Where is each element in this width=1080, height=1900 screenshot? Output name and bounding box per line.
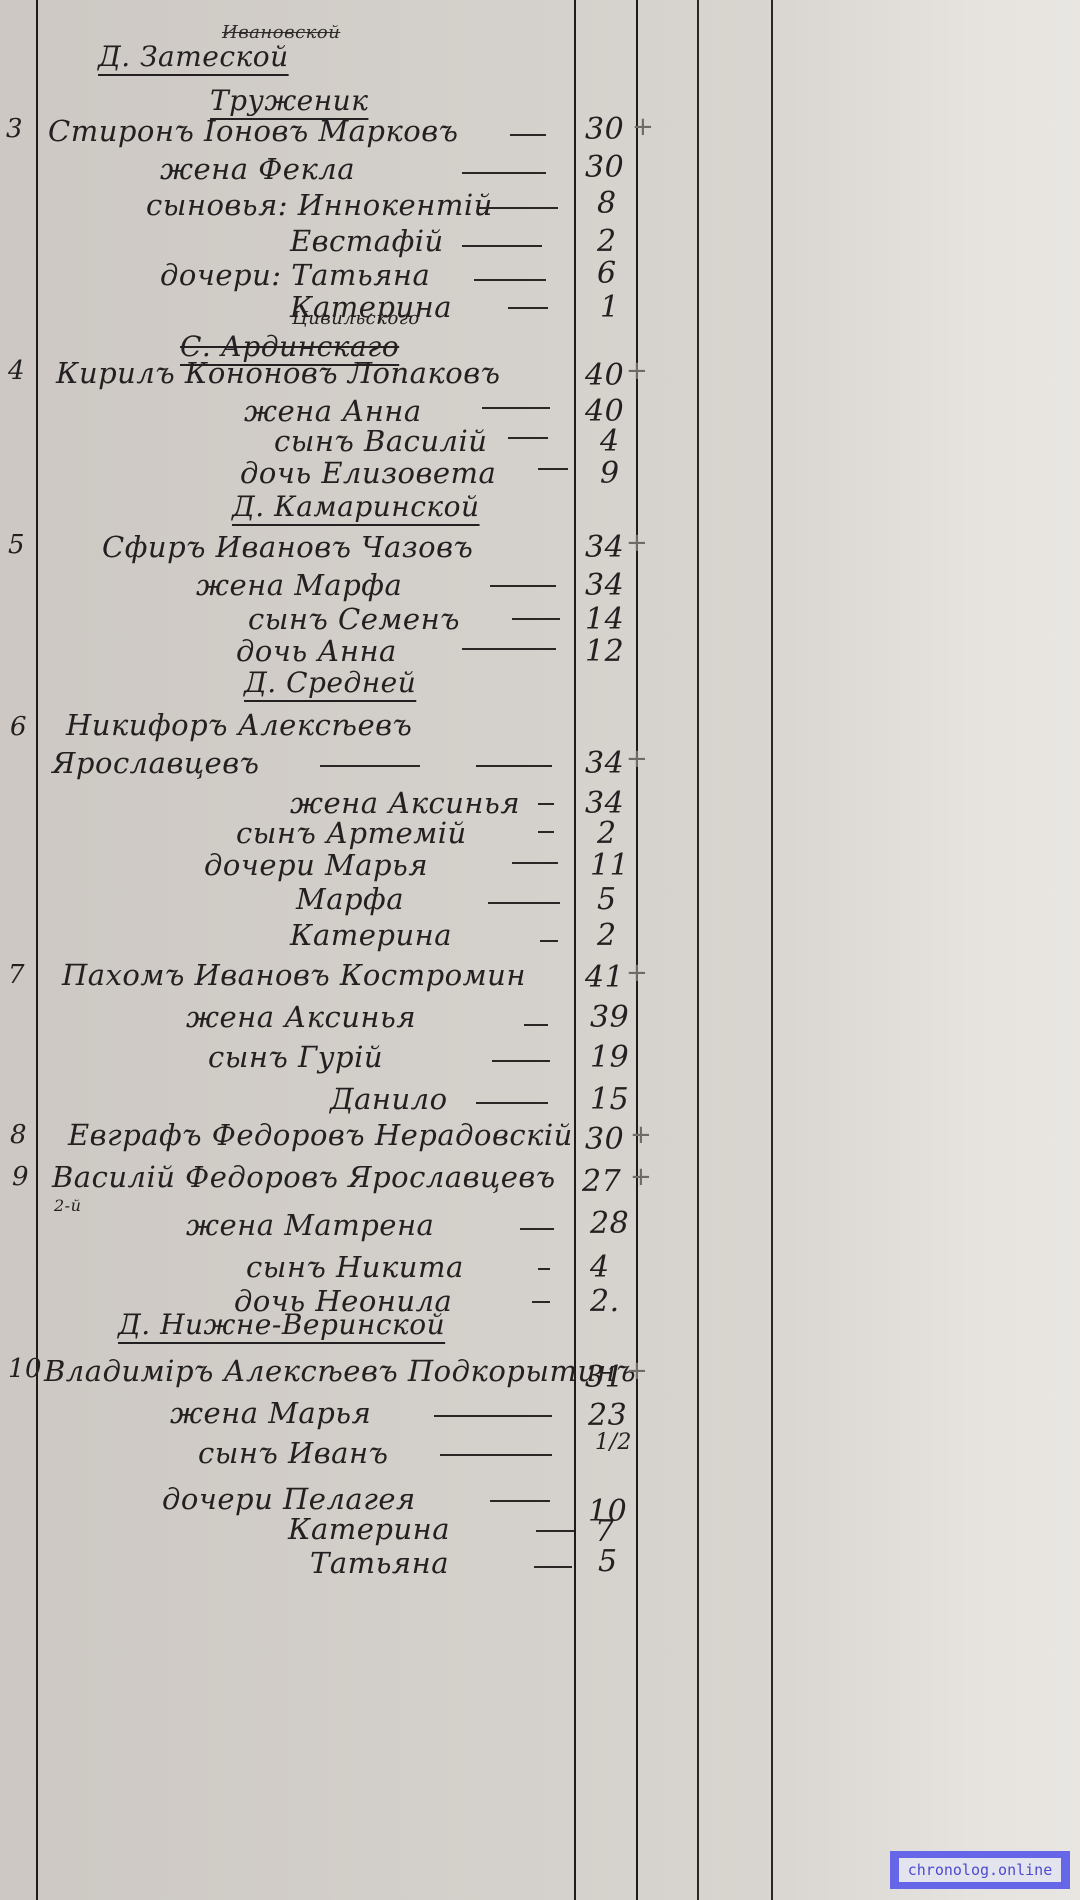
dash	[492, 1060, 550, 1062]
household-number: 10	[8, 1354, 42, 1384]
village-heading: Д. Нижне-Веринской	[118, 1308, 445, 1341]
watermark-badge: chronolog.online	[890, 1851, 1070, 1889]
member-age: 41	[585, 960, 624, 995]
village-subheading: Труженик	[210, 84, 368, 117]
member-age: 39	[590, 1000, 629, 1035]
household-number: 8	[10, 1120, 27, 1150]
member-name: дочери Марья	[204, 848, 428, 882]
dash	[534, 1566, 572, 1568]
member-age: 30	[585, 150, 624, 185]
member-name: Марфа	[296, 882, 404, 916]
names-column-rule	[574, 0, 576, 1900]
member-name: Василій Федоровъ Ярославцевъ	[52, 1160, 556, 1194]
member-age: 34	[585, 530, 624, 565]
dash	[320, 765, 420, 767]
dash	[482, 407, 550, 409]
household-number: 3	[6, 114, 23, 144]
watermark-text: chronolog.online	[899, 1858, 1062, 1882]
household-number: 7	[8, 960, 25, 990]
second-age-column-rule	[697, 0, 699, 1900]
member-name: Данило	[330, 1082, 448, 1116]
dash	[476, 765, 552, 767]
member-name: жена Матрена	[186, 1208, 434, 1242]
member-name: жена Фекла	[160, 152, 355, 186]
dash	[512, 618, 560, 620]
dash	[462, 648, 556, 650]
dash	[538, 1268, 550, 1270]
dash	[434, 1415, 552, 1417]
member-age: 30	[585, 112, 624, 147]
dash	[478, 207, 558, 209]
member-name: Пахомъ Ивановъ Костромин	[62, 958, 526, 992]
member-age: 34	[585, 568, 624, 603]
member-name: Татьяна	[310, 1546, 449, 1580]
member-age: 40	[585, 358, 624, 393]
member-name: Никифоръ Алексѣевъ	[66, 708, 412, 742]
member-name: жена Марья	[170, 1396, 371, 1430]
member-age: 9	[600, 456, 620, 491]
mark-cross: +	[626, 1356, 648, 1386]
member-age: 28	[590, 1206, 629, 1241]
member-name: сынъ Иванъ	[198, 1436, 388, 1470]
member-name: сынъ Семенъ	[248, 602, 460, 636]
dash	[536, 1530, 574, 1532]
remarks-column-rule	[771, 0, 773, 1900]
household-number: 9	[12, 1162, 29, 1192]
mark-cross: +	[626, 958, 648, 988]
member-age: 2	[597, 224, 617, 259]
village-note-above: Цивильского	[292, 308, 420, 329]
member-name: дочь Анна	[236, 634, 397, 668]
member-name: сыновья: Иннокентій	[146, 188, 493, 222]
member-age: 11	[590, 848, 629, 883]
dash	[440, 1454, 552, 1456]
mark-cross: +	[632, 112, 654, 142]
household-note: 2-й	[54, 1196, 81, 1215]
age-column-rule	[636, 0, 638, 1900]
household-number: 6	[10, 712, 27, 742]
dash	[508, 307, 548, 309]
dash	[512, 862, 558, 864]
member-name: Катерина	[288, 1512, 450, 1546]
member-name: сынъ Гурій	[208, 1040, 383, 1074]
mark-cross: +	[630, 1162, 652, 1192]
member-name: Владиміръ Алексѣевъ Подкорытинъ	[44, 1354, 636, 1388]
member-age: 4	[600, 424, 620, 459]
dash	[510, 134, 546, 136]
member-name: жена Анна	[244, 394, 422, 428]
dash	[540, 940, 558, 942]
dash	[524, 1024, 548, 1026]
member-name: жена Аксинья	[186, 1000, 416, 1034]
dash	[490, 1500, 550, 1502]
member-age: 19	[590, 1040, 629, 1075]
dash	[538, 468, 568, 470]
dash	[474, 279, 546, 281]
member-age: 5	[598, 1544, 618, 1579]
member-age: 31	[585, 1360, 624, 1395]
member-age: 1/2	[595, 1430, 632, 1455]
village-heading: Д. Затеской	[98, 40, 289, 73]
member-name: Евстафій	[290, 224, 444, 258]
member-name: сынъ Никита	[246, 1250, 464, 1284]
margin-rule	[36, 0, 38, 1900]
household-number: 5	[8, 530, 25, 560]
member-age: 2.	[590, 1284, 620, 1319]
dash	[462, 245, 542, 247]
dash	[462, 172, 546, 174]
member-name: дочери: Татьяна	[160, 258, 430, 292]
member-name: Ярославцевъ	[52, 746, 259, 780]
member-name: сынъ Василій	[274, 424, 487, 458]
member-age: 1	[600, 290, 620, 325]
member-age: 8	[597, 186, 617, 221]
member-name: Катерина	[290, 918, 452, 952]
member-age: 15	[590, 1082, 629, 1117]
mark-cross: +	[630, 1120, 652, 1150]
dash	[508, 437, 548, 439]
member-age: 27	[582, 1164, 621, 1199]
member-name: жена Аксинья	[290, 786, 520, 820]
member-age: 6	[597, 256, 617, 291]
member-age: 2	[597, 816, 617, 851]
member-age: 12	[585, 634, 624, 669]
household-number: 4	[8, 356, 25, 386]
member-age: 23	[588, 1398, 627, 1433]
member-name: Сфиръ Ивановъ Чазовъ	[102, 530, 473, 564]
dash	[488, 902, 560, 904]
mark-cross: +	[626, 528, 648, 558]
member-name: жена Марфа	[196, 568, 402, 602]
member-age: 30	[585, 1122, 624, 1157]
member-age: 34	[585, 746, 624, 781]
member-name: дочь Елизовета	[240, 456, 496, 490]
village-heading: Д. Камаринской	[232, 490, 480, 523]
dash	[532, 1301, 550, 1303]
dash	[538, 803, 554, 805]
member-name: Стиронъ Іоновъ Марковъ	[48, 114, 458, 148]
member-name: Кирилъ Кононовъ Лопаковъ	[56, 356, 500, 390]
member-age: 2	[597, 918, 617, 953]
dash	[490, 585, 556, 587]
member-name: дочери Пелагея	[162, 1482, 416, 1516]
member-name: Евграфъ Федоровъ Нерадовскій	[68, 1118, 573, 1152]
dash	[538, 831, 554, 833]
member-age: 5	[597, 882, 617, 917]
mark-cross: +	[626, 744, 648, 774]
member-name: сынъ Артемій	[236, 816, 467, 850]
village-heading: Д. Средней	[244, 666, 416, 699]
dash	[520, 1228, 554, 1230]
member-age: 14	[585, 602, 624, 637]
dash	[476, 1102, 548, 1104]
mark-cross: +	[626, 356, 648, 386]
member-age: 4	[590, 1250, 610, 1285]
